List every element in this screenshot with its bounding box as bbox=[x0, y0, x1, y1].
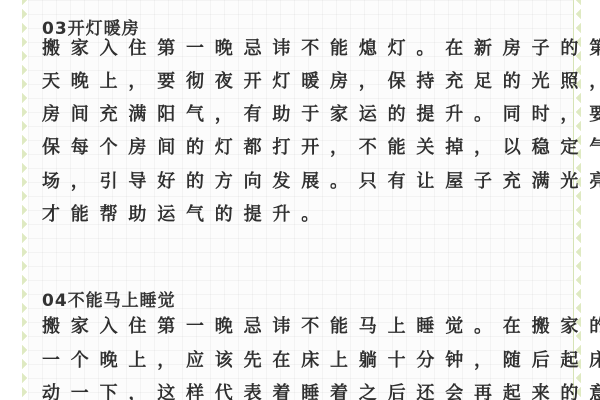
right-decorative-border bbox=[573, 0, 581, 400]
paragraph-line: 搬家入住第一晚忌讳不能马上睡觉。在搬家的第 bbox=[42, 317, 600, 337]
paragraph-line: 场，引导好的方向发展。只有让屋子充满光亮， bbox=[42, 172, 600, 192]
section-heading-03: 03开灯暖房 bbox=[42, 14, 140, 39]
paragraph-line: 动一下，这样代表着睡着之后还会再起来的意 bbox=[42, 384, 600, 400]
paragraph-line: 保每个房间的灯都打开，不能关掉，以稳定气 bbox=[42, 138, 600, 158]
paragraph-line: 一个晚上，应该先在床上躺十分钟，随后起床走 bbox=[42, 351, 600, 371]
grid-paper-background bbox=[28, 0, 574, 400]
paragraph-line: 天晚上，要彻夜开灯暖房，保持充足的光照，让 bbox=[42, 72, 600, 92]
section-heading-04: 04不能马上睡觉 bbox=[42, 286, 176, 311]
paragraph-line: 搬家入住第一晚忌讳不能熄灯。在新房子的第一 bbox=[42, 39, 600, 59]
paragraph-line: 才能帮助运气的提升。 bbox=[42, 205, 330, 225]
paragraph-line: 房间充满阳气，有助于家运的提升。同时，要确 bbox=[42, 105, 600, 125]
